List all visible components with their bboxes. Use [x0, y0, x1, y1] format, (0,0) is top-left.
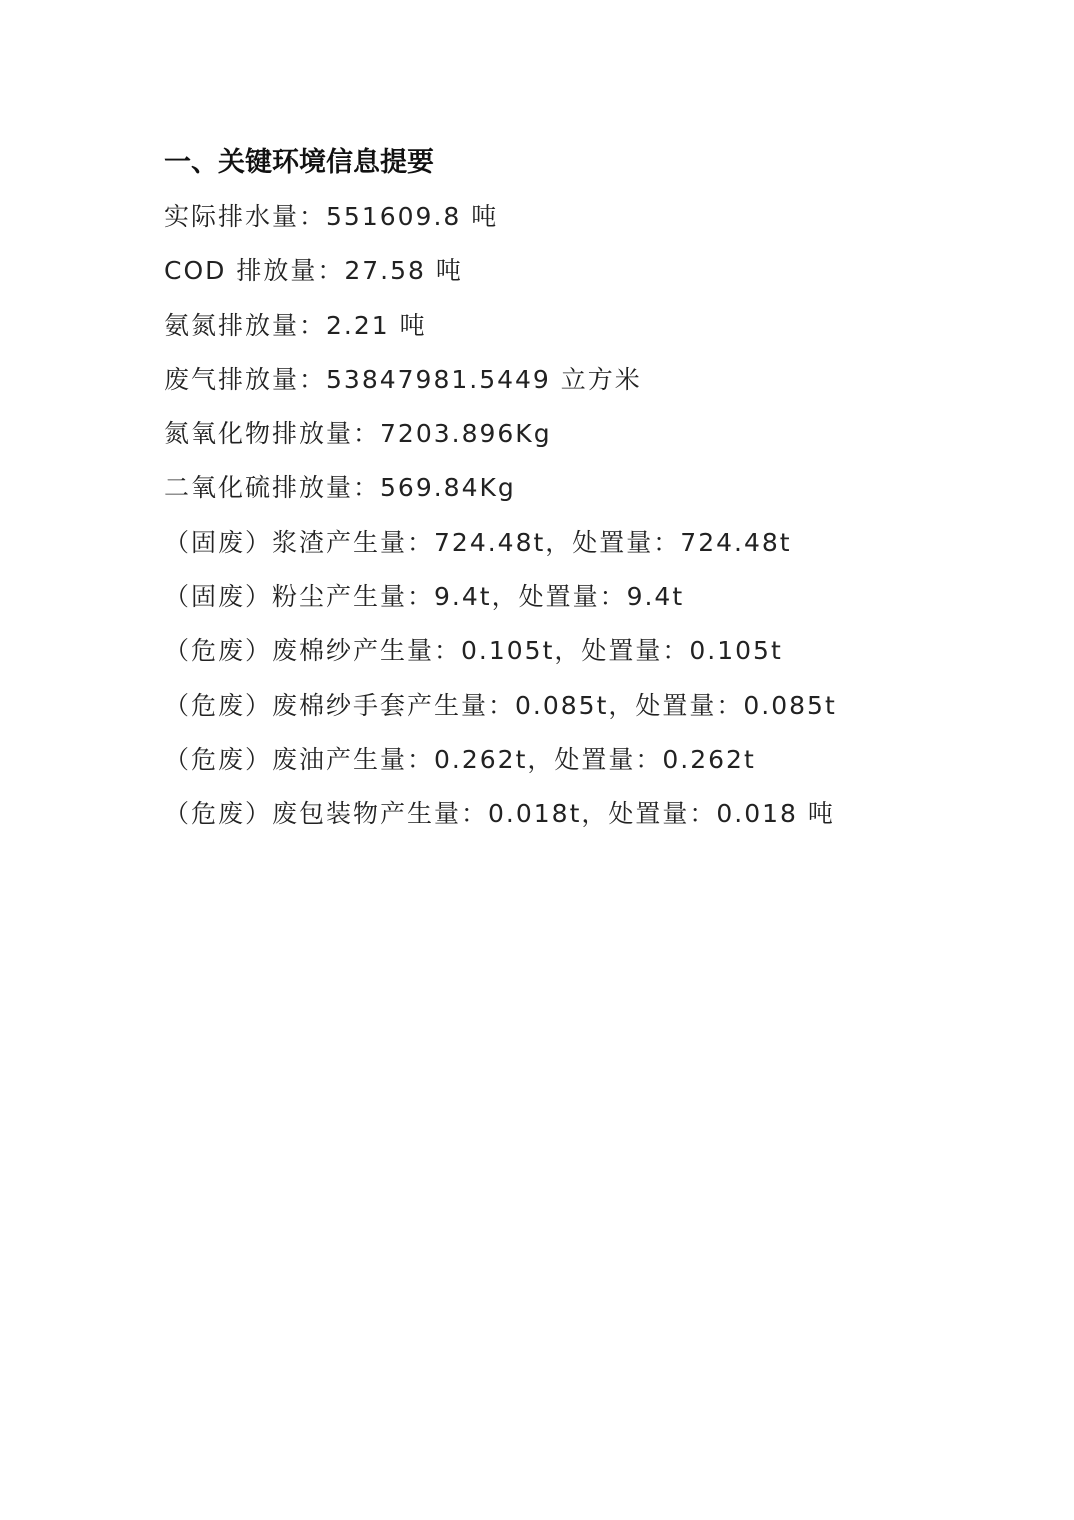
info-item-sulfur-dioxide: 二氧化硫排放量：569.84Kg: [164, 461, 944, 515]
info-item-waste-cotton-yarn: （危废）废棉纱产生量：0.105t，处置量：0.105t: [164, 624, 944, 678]
environment-info-list: 实际排水量：551609.8 吨 COD 排放量：27.58 吨 氨氮排放量：2…: [164, 190, 944, 842]
document-content: 一、关键环境信息提要 实际排水量：551609.8 吨 COD 排放量：27.5…: [164, 140, 944, 842]
info-item-pulp-residue: （固废）浆渣产生量：724.48t，处置量：724.48t: [164, 516, 944, 570]
item-value: 53847981.5449 立方米: [326, 365, 642, 394]
info-item-waste-cotton-gloves: （危废）废棉纱手套产生量：0.085t，处置量：0.085t: [164, 679, 944, 733]
item-value: 9.4t，处置量：9.4t: [434, 582, 684, 611]
item-value: 0.085t，处置量：0.085t: [515, 691, 837, 720]
section-heading: 一、关键环境信息提要: [164, 140, 944, 186]
item-value: 0.262t，处置量：0.262t: [434, 745, 756, 774]
item-value: 551609.8 吨: [326, 202, 498, 231]
item-value: 0.018t，处置量：0.018 吨: [488, 799, 835, 828]
item-label: 氨氮排放量：: [164, 311, 326, 340]
item-value: 569.84Kg: [380, 473, 516, 502]
item-label: 氮氧化物排放量：: [164, 419, 380, 448]
item-value: 0.105t，处置量：0.105t: [461, 636, 783, 665]
item-label: （固废）浆渣产生量：: [164, 528, 434, 557]
info-item-water-discharge: 实际排水量：551609.8 吨: [164, 190, 944, 244]
item-label: 废气排放量：: [164, 365, 326, 394]
item-value: 2.21 吨: [326, 311, 427, 340]
item-label: （固废）粉尘产生量：: [164, 582, 434, 611]
info-item-waste-packaging: （危废）废包装物产生量：0.018t，处置量：0.018 吨: [164, 787, 944, 841]
info-item-waste-oil: （危废）废油产生量：0.262t，处置量：0.262t: [164, 733, 944, 787]
item-value: 7203.896Kg: [380, 419, 552, 448]
info-item-ammonia-nitrogen: 氨氮排放量：2.21 吨: [164, 299, 944, 353]
item-label: （危废）废棉纱产生量：: [164, 636, 461, 665]
item-label: 二氧化硫排放量：: [164, 473, 380, 502]
item-value: 724.48t，处置量：724.48t: [434, 528, 792, 557]
item-label: （危废）废包装物产生量：: [164, 799, 488, 828]
document-page: 一、关键环境信息提要 实际排水量：551609.8 吨 COD 排放量：27.5…: [0, 0, 1074, 1520]
item-label: （危废）废棉纱手套产生量：: [164, 691, 515, 720]
info-item-exhaust-gas: 废气排放量：53847981.5449 立方米: [164, 353, 944, 407]
info-item-nitrogen-oxides: 氮氧化物排放量：7203.896Kg: [164, 407, 944, 461]
item-label: COD 排放量：: [164, 256, 344, 285]
item-label: （危废）废油产生量：: [164, 745, 434, 774]
item-value: 27.58 吨: [344, 256, 463, 285]
item-label: 实际排水量：: [164, 202, 326, 231]
info-item-dust: （固废）粉尘产生量：9.4t，处置量：9.4t: [164, 570, 944, 624]
info-item-cod: COD 排放量：27.58 吨: [164, 244, 944, 298]
